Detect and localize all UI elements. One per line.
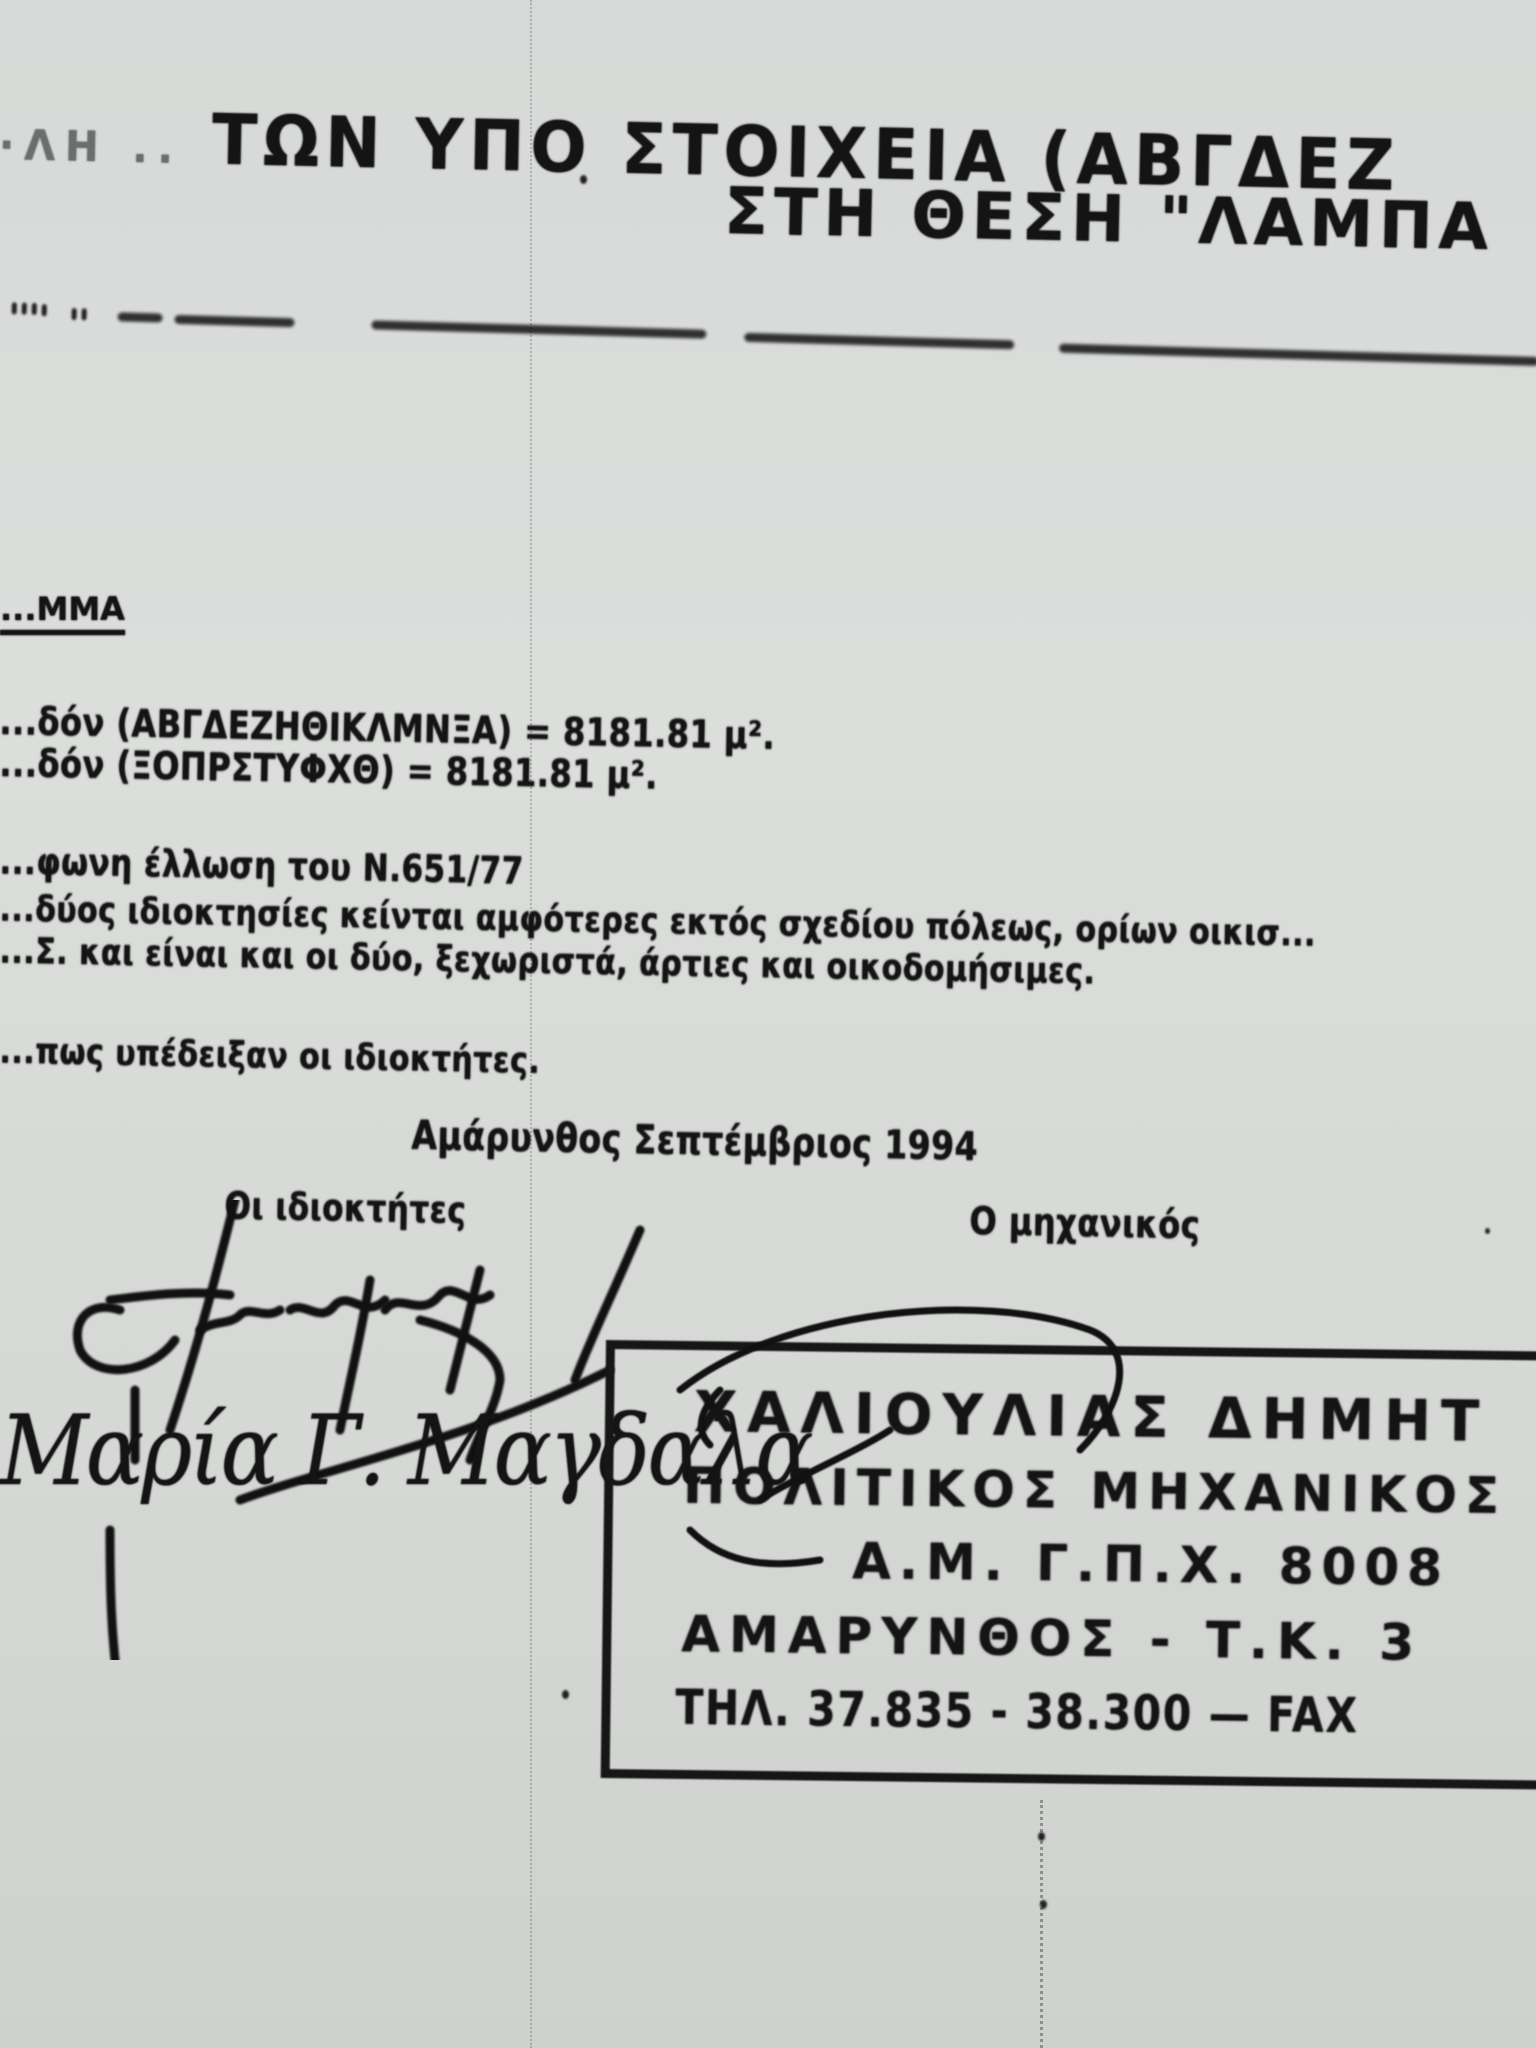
- ink-speck: [562, 1690, 569, 1699]
- ink-speck: [1038, 1832, 1045, 1841]
- stamp-engineer-title: ΠΟΛΙΤΙΚΟΣ ΜΗΧΑΝΙΚΟΣ: [683, 1457, 1508, 1525]
- title-prefix-faded: ·ΛΗ ..: [0, 121, 183, 173]
- owners-indication-note: ...πως υπέδειξαν οι ιδιοκτήτες.: [0, 1030, 541, 1082]
- stamp-engineer-name: ΧΑΛΙΟΥΛΙΑΣ ΔΗΜΗΤ: [694, 1380, 1490, 1455]
- scanned-document-page: ·ΛΗ .. ΤΩΝ ΥΠΟ ΣΤΟΙΧΕΙΑ (ΑΒΓΔΕΖ ΣΤΗ ΘΕΣΗ…: [0, 0, 1536, 2048]
- stamp-address: ΑΜΑΡΥΝΘΟΣ - Τ.Κ. 3: [681, 1605, 1423, 1672]
- section-heading: ...ΜΜΑ: [0, 590, 125, 628]
- ink-speck: [1485, 1228, 1490, 1234]
- place-and-date: Αμάρυνθος Σεπτέμβριος 1994: [411, 1112, 978, 1170]
- ink-speck: [1040, 1900, 1047, 1909]
- stamp-registry-number: Α.Μ. Γ.Π.Χ. 8008: [852, 1532, 1450, 1597]
- ink-speck: [580, 175, 587, 184]
- engineer-stamp: ΧΑΛΙΟΥΛΙΑΣ ΔΗΜΗΤ ΠΟΛΙΤΙΚΟΣ ΜΗΧΑΝΙΚΟΣ Α.Μ…: [601, 1340, 1536, 1790]
- header-separator-dashes: [0, 300, 1535, 383]
- paper-fold-line: [530, 0, 532, 2048]
- stamp-phone: ΤΗΛ. 37.835 - 38.300 — FAX: [675, 1680, 1359, 1744]
- document-title-line-2: ΣΤΗ ΘΕΣΗ "ΛΑΜΠΑ: [723, 175, 1494, 265]
- legal-reference-line: ...φωνη έλλωση του Ν.651/77: [0, 840, 524, 893]
- engineer-signature-label: Ο μηχανικός: [969, 1198, 1201, 1248]
